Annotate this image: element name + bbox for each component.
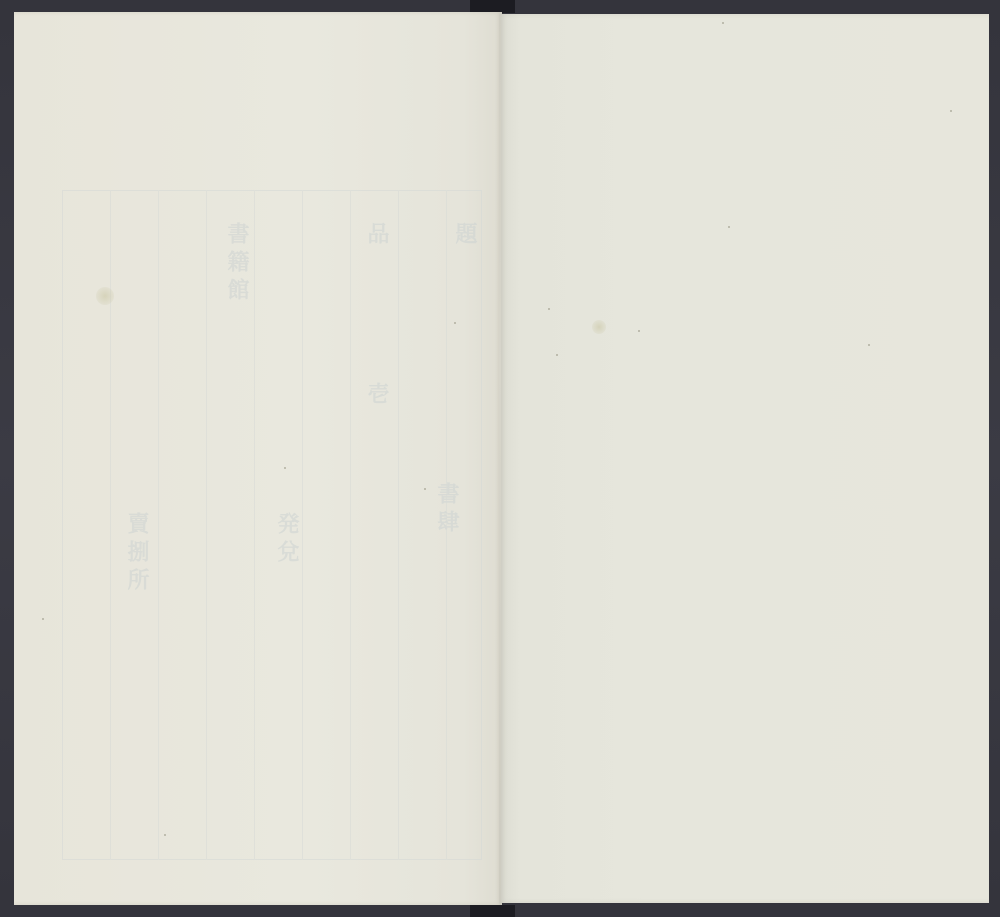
paper-speck — [424, 488, 426, 490]
paper-speck — [548, 308, 550, 310]
bleed-column-rule — [398, 190, 399, 860]
bleed-text: 書肆 — [432, 482, 463, 538]
right-page — [500, 14, 989, 903]
bleed-column-rule — [350, 190, 351, 860]
book-gutter — [499, 12, 501, 905]
spine-bottom — [470, 905, 515, 917]
book-scan: 題 品 壱 書籍館 賣捌所 発兌 書肆 — [0, 0, 1000, 917]
bleed-frame — [62, 190, 482, 860]
paper-speck — [728, 226, 730, 228]
paper-stain — [592, 320, 606, 334]
bleed-text: 賣捌所 — [122, 512, 153, 596]
bleed-through-layer: 題 品 壱 書籍館 賣捌所 発兌 書肆 — [42, 182, 482, 872]
bleed-text: 発兌 — [272, 512, 303, 568]
paper-speck — [950, 110, 952, 112]
bleed-text: 書籍館 — [222, 222, 253, 306]
paper-speck — [42, 618, 44, 620]
bleed-text: 壱 — [362, 382, 393, 410]
bleed-column-rule — [254, 190, 255, 860]
paper-speck — [454, 322, 456, 324]
bleed-column-rule — [206, 190, 207, 860]
paper-speck — [638, 330, 640, 332]
bleed-text: 品 — [362, 222, 393, 250]
paper-speck — [556, 354, 558, 356]
bleed-column-rule — [446, 190, 447, 860]
bleed-text: 題 — [450, 222, 481, 250]
paper-stain — [96, 287, 114, 305]
bleed-column-rule — [302, 190, 303, 860]
paper-speck — [722, 22, 724, 24]
paper-speck — [284, 467, 286, 469]
left-page: 題 品 壱 書籍館 賣捌所 発兌 書肆 — [14, 12, 502, 905]
bleed-column-rule — [158, 190, 159, 860]
paper-speck — [868, 344, 870, 346]
paper-speck — [164, 834, 166, 836]
